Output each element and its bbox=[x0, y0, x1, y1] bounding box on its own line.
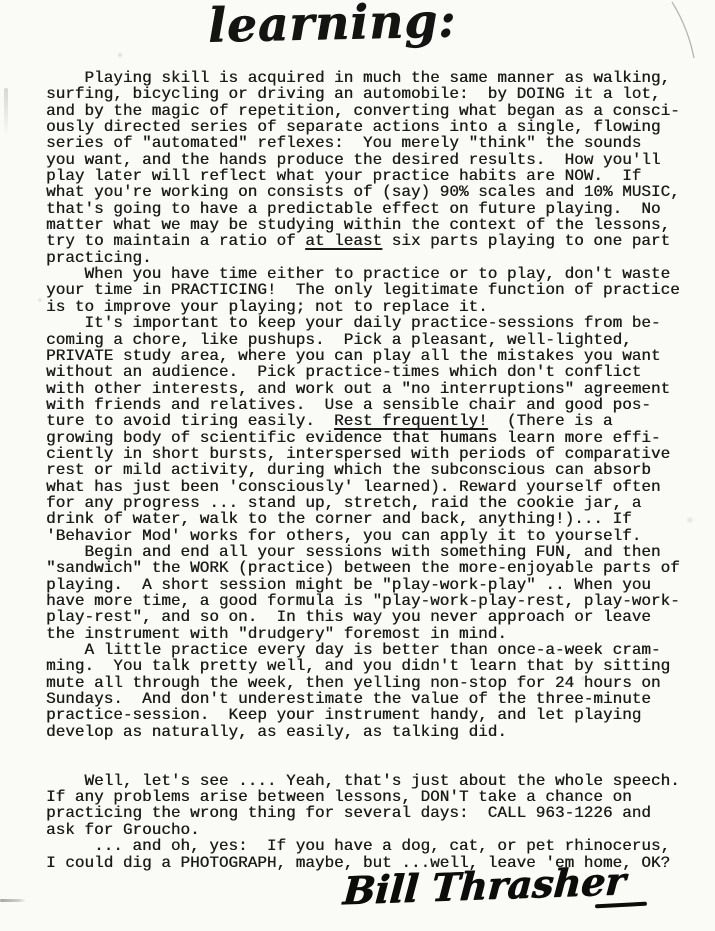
text-line: ming. You talk pretty well, and you didn… bbox=[46, 658, 680, 674]
text-line: ture to avoid tiring easily. Rest freque… bbox=[46, 413, 680, 429]
text-line: growing body of scientific evidence that… bbox=[46, 430, 680, 446]
text-line: practice-session. Keep your instrument h… bbox=[46, 707, 680, 723]
text-line: matter what we may be studying within th… bbox=[46, 217, 680, 233]
text-line: When you have time either to practice or… bbox=[46, 266, 680, 282]
text-line: ciently in short bursts, interspersed wi… bbox=[46, 446, 680, 462]
text-line: mute all through the week, then yelling … bbox=[46, 675, 680, 691]
signature: Bill Thrasher bbox=[342, 858, 627, 913]
scan-artifact-dash bbox=[0, 899, 26, 902]
text-line: surfing, bicycling or driving an automob… bbox=[46, 86, 680, 102]
text-line: that's going to have a predictable effec… bbox=[46, 201, 680, 217]
text-line: with other interests, and work out a "no… bbox=[46, 381, 680, 397]
text-line: playing. A short session might be "play-… bbox=[46, 577, 680, 593]
text-line: try to maintain a ratio of at least six … bbox=[46, 233, 680, 249]
underlined-text: Rest frequently! bbox=[334, 412, 488, 430]
text-line: with friends and relatives. Use a sensib… bbox=[46, 397, 680, 413]
text-line bbox=[46, 756, 680, 772]
text-line: ously directed series of separate action… bbox=[46, 119, 680, 135]
text-line: A little practice every day is better th… bbox=[46, 642, 680, 658]
text-line: play later will reflect what your practi… bbox=[46, 168, 680, 184]
text-line: ask for Groucho. bbox=[46, 822, 680, 838]
text-line: rest or mild activity, during which the … bbox=[46, 462, 680, 478]
text-line: is to improve your playing; not to repla… bbox=[46, 299, 680, 315]
text-line: coming a chore, like pushups. Pick a ple… bbox=[46, 332, 680, 348]
text-line: practicing the wrong thing for several d… bbox=[46, 805, 680, 821]
text-line: It's important to keep your daily practi… bbox=[46, 315, 680, 331]
scan-artifact-smudge bbox=[4, 88, 8, 148]
text-line: without an audience. Pick practice-times… bbox=[46, 364, 680, 380]
text-line: Playing skill is acquired in much the sa… bbox=[46, 70, 680, 86]
text-line: "sandwich" the WORK (practice) between t… bbox=[46, 560, 680, 576]
text-line: drink of water, walk to the corner and b… bbox=[46, 511, 680, 527]
text-line: practicing. bbox=[46, 250, 680, 266]
text-line: Begin and end all your sessions with som… bbox=[46, 544, 680, 560]
text-line: and by the magic of repetition, converti… bbox=[46, 103, 680, 119]
text-line: what you're working on consists of (say)… bbox=[46, 184, 680, 200]
text-line: play-rest", and so on. In this way you n… bbox=[46, 609, 680, 625]
text-line: what has just been 'consciously' learned… bbox=[46, 479, 680, 495]
text-line: Well, let's see .... Yeah, that's just a… bbox=[46, 773, 680, 789]
text-line: PRIVATE study area, where you can play a… bbox=[46, 348, 680, 364]
document-title: learning: bbox=[207, 0, 456, 54]
text-line: 'Behavior Mod' works for others, you can… bbox=[46, 528, 680, 544]
text-line: you want, and the hands produce the desi… bbox=[46, 152, 680, 168]
text-line bbox=[46, 740, 680, 756]
text-line: Sundays. And don't underestimate the val… bbox=[46, 691, 680, 707]
document-page: learning: Playing skill is acquired in m… bbox=[0, 0, 715, 931]
text-line: the instrument with "drudgery" foremost … bbox=[46, 626, 680, 642]
scan-artifact-curve bbox=[652, 0, 704, 62]
text-line: series of "automated" reflexes: You mere… bbox=[46, 135, 680, 151]
text-line: ... and oh, yes: If you have a dog, cat,… bbox=[46, 838, 680, 854]
document-body: Playing skill is acquired in much the sa… bbox=[46, 70, 680, 871]
text-line: your time in PRACTICING! The only legiti… bbox=[46, 282, 680, 298]
text-line: If any problems arise between lessons, D… bbox=[46, 789, 680, 805]
text-line: develop as naturally, as easily, as talk… bbox=[46, 724, 680, 740]
text-line: have more time, a good formula is "play-… bbox=[46, 593, 680, 609]
text-line: for any progress ... stand up, stretch, … bbox=[46, 495, 680, 511]
underlined-text: at least bbox=[305, 232, 382, 250]
